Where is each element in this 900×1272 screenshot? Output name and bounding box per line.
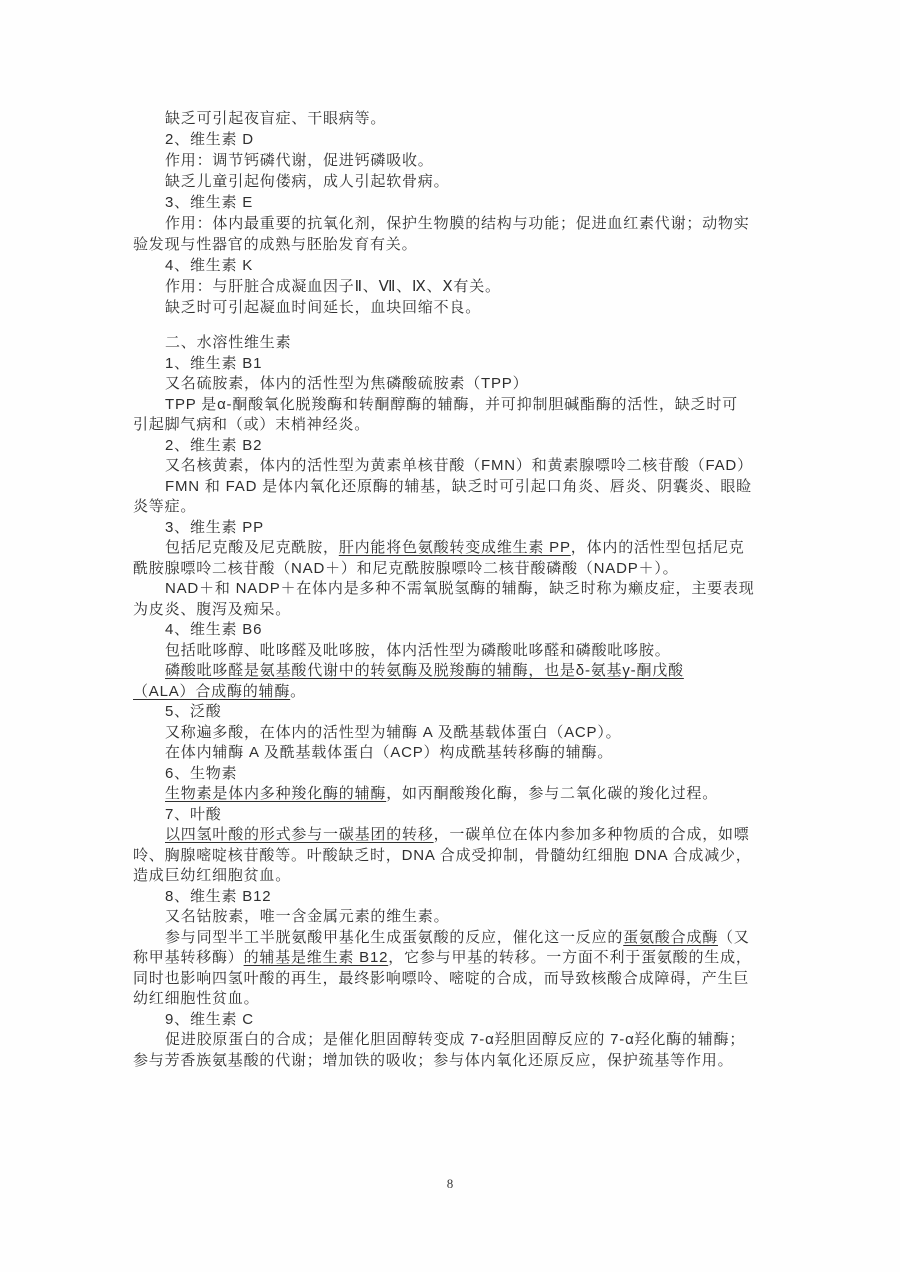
text-segment: 又称遍多酸，在体内的活性型为辅酶 A 及酰基载体蛋白（ACP）。: [165, 724, 621, 741]
text-segment: 3、维生素 E: [165, 194, 253, 211]
underlined-text: 的辅基是维生素 B12: [244, 949, 389, 966]
document-page: 缺乏可引起夜盲症、干眼病等。2、维生素 D作用：调节钙磷代谢，促进钙磷吸收。缺乏…: [0, 0, 900, 1272]
text-segment: NAD＋和 NADP＋在体内是多种不需氧脱氢酶的辅酶，缺乏时称为癞皮症，主要表现: [165, 580, 755, 597]
text-segment: 又名核黄素，体内的活性型为黄素单核苷酸（FMN）和黄素腺嘌呤二核苷酸（FAD）: [165, 457, 753, 474]
text-segment: 作用：调节钙磷代谢，促进钙磷吸收。: [165, 152, 434, 169]
text-segment: 在体内辅酶 A 及酰基载体蛋白（ACP）构成酰基转移酶的辅酶。: [165, 744, 613, 761]
text-line: 3、维生素 E: [133, 192, 793, 213]
text-segment: TPP 是α-酮酸氧化脱羧酶和转酮醇酶的辅酶，并可抑制胆碱酯酶的活性，缺乏时可: [165, 396, 738, 413]
text-segment: 缺乏时可引起凝血时间延长，血块回缩不良。: [165, 299, 481, 316]
underlined-text: 肝内能将色氨酸转变成维生素 PP: [339, 539, 571, 556]
section-water-soluble-vitamins: 二、水溶性维生素1、维生素 B1又名硫胺素，体内的活性型为焦磷酸硫胺素（TPP）…: [133, 333, 793, 1071]
text-segment: 炎等症。: [133, 498, 196, 515]
text-segment: 又名硫胺素，体内的活性型为焦磷酸硫胺素（TPP）: [165, 375, 528, 392]
text-segment: 3、维生素 PP: [165, 519, 264, 536]
text-line: 促进胶原蛋白的合成；是催化胆固醇转变成 7-α羟胆固醇反应的 7-α羟化酶的辅酶…: [133, 1030, 793, 1051]
text-segment: 。: [290, 683, 306, 700]
underlined-text: 生物素是体内多种羧化酶的辅酶: [165, 785, 386, 802]
text-line: 6、生物素: [133, 764, 793, 785]
text-line: 又名硫胺素，体内的活性型为焦磷酸硫胺素（TPP）: [133, 374, 793, 395]
text-segment: 参与同型半工半胱氨酸甲基化生成蛋氨酸的反应，催化这一反应的: [165, 929, 623, 946]
text-line: 作用：与肝脏合成凝血因子Ⅱ、Ⅶ、Ⅸ、Ⅹ有关。: [133, 276, 793, 297]
text-line: 缺乏时可引起凝血时间延长，血块回缩不良。: [133, 297, 793, 318]
text-segment: 幼红细胞性贫血。: [133, 990, 259, 1007]
text-segment: ，一碳单位在体内参加多种物质的合成，如嘌: [434, 826, 750, 843]
text-segment: 呤、胸腺嘧啶核苷酸等。叶酸缺乏时，DNA 合成受抑制，骨髓幼红细胞 DNA 合成…: [133, 847, 752, 864]
text-line: 二、水溶性维生素: [133, 333, 793, 354]
text-line: 称甲基转移酶）的辅基是维生素 B12，它参与甲基的转移。一方面不利于蛋氨酸的生成…: [133, 948, 793, 969]
text-line: NAD＋和 NADP＋在体内是多种不需氧脱氢酶的辅酶，缺乏时称为癞皮症，主要表现: [133, 579, 793, 600]
text-segment: 缺乏可引起夜盲症、干眼病等。: [165, 110, 386, 127]
text-line: 3、维生素 PP: [133, 518, 793, 539]
text-line: 参与芳香族氨基酸的代谢；增加铁的吸收；参与体内氧化还原反应，保护巯基等作用。: [133, 1051, 793, 1072]
text-line: 作用：体内最重要的抗氧化剂，保护生物膜的结构与功能；促进血红素代谢；动物实: [133, 213, 793, 234]
text-line: FMN 和 FAD 是体内氧化还原酶的辅基，缺乏时可引起口角炎、唇炎、阴囊炎、眼…: [133, 477, 793, 498]
text-segment: （又: [718, 929, 750, 946]
text-line: 炎等症。: [133, 497, 793, 518]
text-line: 1、维生素 B1: [133, 354, 793, 375]
text-segment: 包括尼克酸及尼克酰胺，: [165, 539, 339, 556]
text-line: 引起脚气病和（或）末梢神经炎。: [133, 415, 793, 436]
text-segment: 2、维生素 D: [165, 131, 254, 148]
text-line: 8、维生素 B12: [133, 887, 793, 908]
text-line: 又名核黄素，体内的活性型为黄素单核苷酸（FMN）和黄素腺嘌呤二核苷酸（FAD）: [133, 456, 793, 477]
text-segment: 作用：体内最重要的抗氧化剂，保护生物膜的结构与功能；促进血红素代谢；动物实: [165, 215, 750, 232]
text-line: 包括吡哆醇、吡哆醛及吡哆胺，体内活性型为磷酸吡哆醛和磷酸吡哆胺。: [133, 641, 793, 662]
text-line: 参与同型半工半胱氨酸甲基化生成蛋氨酸的反应，催化这一反应的蛋氨酸合成酶（又: [133, 928, 793, 949]
text-line: 2、维生素 D: [133, 129, 793, 150]
text-line: 4、维生素 K: [133, 255, 793, 276]
text-segment: 参与芳香族氨基酸的代谢；增加铁的吸收；参与体内氧化还原反应，保护巯基等作用。: [133, 1052, 733, 1069]
text-segment: 缺乏儿童引起佝偻病，成人引起软骨病。: [165, 173, 449, 190]
text-segment: 7、叶酸: [165, 806, 222, 823]
text-line: 缺乏可引起夜盲症、干眼病等。: [133, 108, 793, 129]
text-line: 缺乏儿童引起佝偻病，成人引起软骨病。: [133, 171, 793, 192]
text-segment: ，如丙酮酸羧化酶，参与二氧化碳的羧化过程。: [386, 785, 718, 802]
text-line: 作用：调节钙磷代谢，促进钙磷吸收。: [133, 150, 793, 171]
text-segment: 8、维生素 B12: [165, 888, 271, 905]
text-segment: 4、维生素 B6: [165, 621, 262, 638]
text-segment: 为皮炎、腹泻及痴呆。: [133, 601, 291, 618]
text-line: TPP 是α-酮酸氧化脱羧酶和转酮醇酶的辅酶，并可抑制胆碱酯酶的活性，缺乏时可: [133, 395, 793, 416]
underlined-text: 以四氢叶酸的形式参与一碳基团的转移: [165, 826, 434, 843]
text-line: 又称遍多酸，在体内的活性型为辅酶 A 及酰基载体蛋白（ACP）。: [133, 723, 793, 744]
text-line: 验发现与性器官的成熟与胚胎发育有关。: [133, 234, 793, 255]
text-segment: 同时也影响四氢叶酸的再生，最终影响嘌呤、嘧啶的合成，而导致核酸合成障碍，产生巨: [133, 970, 749, 987]
text-segment: ，体内的活性型包括尼克: [571, 539, 745, 556]
text-segment: 促进胶原蛋白的合成；是催化胆固醇转变成 7-α羟胆固醇反应的 7-α羟化酶的辅酶…: [165, 1031, 745, 1048]
text-line: 同时也影响四氢叶酸的再生，最终影响嘌呤、嘧啶的合成，而导致核酸合成障碍，产生巨: [133, 969, 793, 990]
text-segment: 包括吡哆醇、吡哆醛及吡哆胺，体内活性型为磷酸吡哆醛和磷酸吡哆胺。: [165, 642, 671, 659]
text-line: 生物素是体内多种羧化酶的辅酶，如丙酮酸羧化酶，参与二氧化碳的羧化过程。: [133, 784, 793, 805]
text-segment: 4、维生素 K: [165, 257, 253, 274]
text-segment: 引起脚气病和（或）末梢神经炎。: [133, 416, 370, 433]
text-line: 9、维生素 C: [133, 1010, 793, 1031]
underlined-text: （ALA）合成酶的辅酶: [133, 683, 290, 700]
text-line: 酰胺腺嘌呤二核苷酸（NAD＋）和尼克酰胺腺嘌呤二核苷酸磷酸（NADP＋）。: [133, 559, 793, 580]
text-line: 包括尼克酸及尼克酰胺，肝内能将色氨酸转变成维生素 PP，体内的活性型包括尼克: [133, 538, 793, 559]
text-segment: 验发现与性器官的成熟与胚胎发育有关。: [133, 236, 417, 253]
text-line: 4、维生素 B6: [133, 620, 793, 641]
text-segment: ，它参与甲基的转移。一方面不利于蛋氨酸的生成，: [388, 949, 751, 966]
text-line: 磷酸吡哆醛是氨基酸代谢中的转氨酶及脱羧酶的辅酶，也是δ-氨基γ-酮戊酸: [133, 661, 793, 682]
underlined-text: 蛋氨酸合成酶: [623, 929, 718, 946]
text-segment: 1、维生素 B1: [165, 355, 262, 372]
text-line: 又名钴胺素，唯一含金属元素的维生素。: [133, 907, 793, 928]
text-segment: 二、水溶性维生素: [165, 334, 291, 351]
text-line: 以四氢叶酸的形式参与一碳基团的转移，一碳单位在体内参加多种物质的合成，如嘌: [133, 825, 793, 846]
text-segment: 造成巨幼红细胞贫血。: [133, 867, 291, 884]
text-segment: 2、维生素 B2: [165, 437, 262, 454]
text-segment: 5、泛酸: [165, 703, 222, 720]
text-line: 5、泛酸: [133, 702, 793, 723]
text-line: 为皮炎、腹泻及痴呆。: [133, 600, 793, 621]
page-number: 8: [0, 1176, 900, 1192]
text-segment: 9、维生素 C: [165, 1011, 254, 1028]
text-segment: 酰胺腺嘌呤二核苷酸（NAD＋）和尼克酰胺腺嘌呤二核苷酸磷酸（NADP＋）。: [133, 560, 678, 577]
text-segment: 又名钴胺素，唯一含金属元素的维生素。: [165, 908, 449, 925]
text-line: 7、叶酸: [133, 805, 793, 826]
section-fat-soluble-vitamins: 缺乏可引起夜盲症、干眼病等。2、维生素 D作用：调节钙磷代谢，促进钙磷吸收。缺乏…: [133, 108, 793, 318]
text-segment: 称甲基转移酶）: [133, 949, 244, 966]
text-line: 2、维生素 B2: [133, 436, 793, 457]
text-segment: 6、生物素: [165, 765, 237, 782]
text-line: 幼红细胞性贫血。: [133, 989, 793, 1010]
text-segment: FMN 和 FAD 是体内氧化还原酶的辅基，缺乏时可引起口角炎、唇炎、阴囊炎、眼…: [165, 478, 752, 495]
text-line: （ALA）合成酶的辅酶。: [133, 682, 793, 703]
text-line: 呤、胸腺嘧啶核苷酸等。叶酸缺乏时，DNA 合成受抑制，骨髓幼红细胞 DNA 合成…: [133, 846, 793, 867]
text-line: 在体内辅酶 A 及酰基载体蛋白（ACP）构成酰基转移酶的辅酶。: [133, 743, 793, 764]
text-line: 造成巨幼红细胞贫血。: [133, 866, 793, 887]
text-segment: 作用：与肝脏合成凝血因子Ⅱ、Ⅶ、Ⅸ、Ⅹ有关。: [165, 278, 501, 295]
underlined-text: 磷酸吡哆醛是氨基酸代谢中的转氨酶及脱羧酶的辅酶，也是δ-氨基γ-酮戊酸: [165, 662, 684, 679]
